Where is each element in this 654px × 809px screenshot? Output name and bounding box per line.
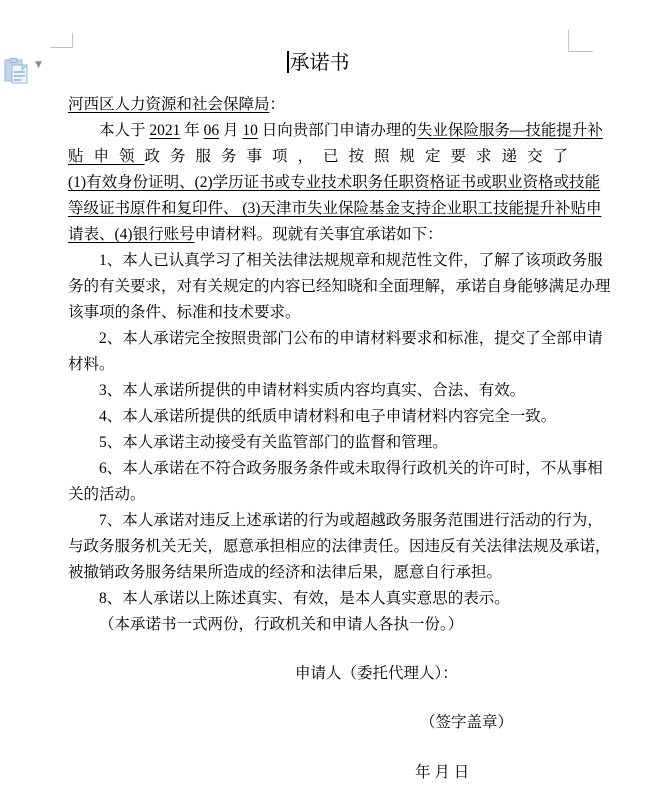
document-line: 1、本人已认真学习了相关法律法规规章和规范性文件，了解了该项政务服	[68, 248, 573, 274]
text-segment: 4、本人承诺所提供的纸质申请材料和电子申请材料内容完全一致。	[99, 408, 556, 425]
date-line: 年 月 日	[415, 762, 469, 784]
text-segment: 河西区人力资源和社会保障局	[68, 96, 270, 113]
text-segment: 月	[219, 122, 242, 139]
document-line: 等级证书原件和复印件、 (3)天津市失业保险基金支持企业职工技能提升补贴申	[68, 196, 573, 222]
text-segment: 2021	[149, 122, 180, 139]
document-line: 8、本人承诺以上陈述真实、有效，是本人真实意思的表示。	[68, 586, 573, 612]
text-segment: 等级证书原件和复印件、 (3)天津市失业保险基金支持企业职工技能提升补贴申	[68, 200, 601, 217]
text-segment: 被撤销政务服务结果所造成的经济和法律后果，愿意自行承担。	[68, 564, 502, 581]
text-segment: 3、本人承诺所提供的申请材料实质内容均真实、合法、有效。	[99, 382, 525, 399]
text-segment: （本承诺书一式两份，行政机关和申请人各执一份。）	[99, 616, 463, 633]
document-line: （本承诺书一式两份，行政机关和申请人各执一份。）	[68, 612, 573, 638]
document-line: 7、本人承诺对违反上述承诺的行为或超越政务服务范围进行活动的行为，	[68, 508, 573, 534]
text-boundary-mark-top-left	[50, 33, 73, 48]
document-title-row: 承诺书	[68, 50, 568, 76]
paste-clipboard-icon[interactable]	[4, 58, 30, 85]
text-segment: 政务服务事项，已按照规定要求递交了	[145, 148, 579, 165]
chevron-down-icon[interactable]: ▼	[35, 60, 42, 70]
document-line: 与政务服务机关无关，愿意承担相应的法律责任。因违反有关法律法规及承诺，	[68, 534, 573, 560]
text-segment: 贴申领	[68, 148, 145, 165]
document-line: 6、本人承诺在不符合政务服务条件或未取得行政机关的许可时，不从事相	[68, 456, 573, 482]
text-boundary-mark-top-right	[568, 30, 593, 52]
document-line: 关的活动。	[68, 482, 573, 508]
text-segment: 该事项的条件、标准和技术要求。	[68, 304, 301, 321]
text-segment: 日向贵部门申请办理的	[258, 122, 417, 139]
document-line: 该事项的条件、标准和技术要求。	[68, 300, 573, 326]
paste-clipboard-svg	[4, 58, 30, 85]
text-segment: 请表、(4)银行账号	[68, 226, 195, 243]
page-title: 承诺书	[290, 52, 350, 74]
text-segment: 5、本人承诺主动接受有关监管部门的监督和管理。	[99, 434, 448, 451]
text-segment: 材料。	[68, 356, 115, 373]
document-line: (1)有效身份证明、(2)学历证书或专业技术职务任职资格证书或职业资格或技能	[68, 170, 573, 196]
text-segment: 10	[242, 122, 258, 139]
text-segment: 7、本人承诺对违反上述承诺的行为或超越政务服务范围进行活动的行为，	[99, 512, 603, 529]
text-segment: 6、本人承诺在不符合政务服务条件或未取得行政机关的许可时，不从事相	[99, 460, 603, 477]
paste-options-widget: ▼	[4, 58, 42, 85]
text-segment: 年	[180, 122, 203, 139]
text-segment: 2、本人承诺完全按照贵部门公布的申请材料要求和标准，提交了全部申请	[99, 330, 603, 347]
text-segment: 8、本人承诺以上陈述真实、有效，是本人真实意思的表示。	[99, 590, 510, 607]
document-line: 河西区人力资源和社会保障局：	[68, 92, 573, 118]
document-line: 本人于 2021 年 06 月 10 日向贵部门申请办理的失业保险服务—技能提升…	[68, 118, 573, 144]
text-segment: 与政务服务机关无关，愿意承担相应的法律责任。因违反有关法律法规及承诺，	[68, 538, 611, 555]
text-segment: 务的有关要求，对有关规定的内容已经知晓和全面理解，承诺自身能够满足办理	[68, 278, 611, 295]
text-segment: (1)有效身份证明、(2)学历证书或专业技术职务任职资格证书或职业资格或技能	[68, 174, 600, 191]
document-line: 2、本人承诺完全按照贵部门公布的申请材料要求和标准，提交了全部申请	[68, 326, 573, 352]
applicant-signature-label: 申请人（委托代理人）：	[295, 663, 458, 685]
document-line: 被撤销政务服务结果所造成的经济和法律后果，愿意自行承担。	[68, 560, 573, 586]
seal-label: （签字盖章）	[420, 712, 513, 734]
document-line: 3、本人承诺所提供的申请材料实质内容均真实、合法、有效。	[68, 378, 573, 404]
document-body[interactable]: 河西区人力资源和社会保障局：本人于 2021 年 06 月 10 日向贵部门申请…	[68, 92, 573, 638]
text-cursor-icon	[287, 51, 289, 73]
text-segment: ：	[270, 96, 286, 113]
document-line: 务的有关要求，对有关规定的内容已经知晓和全面理解，承诺自身能够满足办理	[68, 274, 573, 300]
document-line: 5、本人承诺主动接受有关监管部门的监督和管理。	[68, 430, 573, 456]
text-segment: 1、本人已认真学习了相关法律法规规章和规范性文件，了解了该项政务服	[99, 252, 603, 269]
text-segment: 本人于	[99, 122, 149, 139]
document-line: 请表、(4)银行账号申请材料。现就有关事宜承诺如下：	[68, 222, 573, 248]
document-line: 贴申领政务服务事项，已按照规定要求递交了	[68, 144, 573, 170]
text-segment: 关的活动。	[68, 486, 146, 503]
text-segment: 失业保险服务—技能提升补	[417, 122, 603, 139]
document-page: ▼ 承诺书 河西区人力资源和社会保障局：本人于 2021 年 06 月 10 日…	[0, 0, 654, 809]
text-segment: 申请材料。现就有关事宜承诺如下：	[195, 226, 443, 243]
document-line: 材料。	[68, 352, 573, 378]
document-line: 4、本人承诺所提供的纸质申请材料和电子申请材料内容完全一致。	[68, 404, 573, 430]
text-segment: 06	[204, 122, 220, 139]
